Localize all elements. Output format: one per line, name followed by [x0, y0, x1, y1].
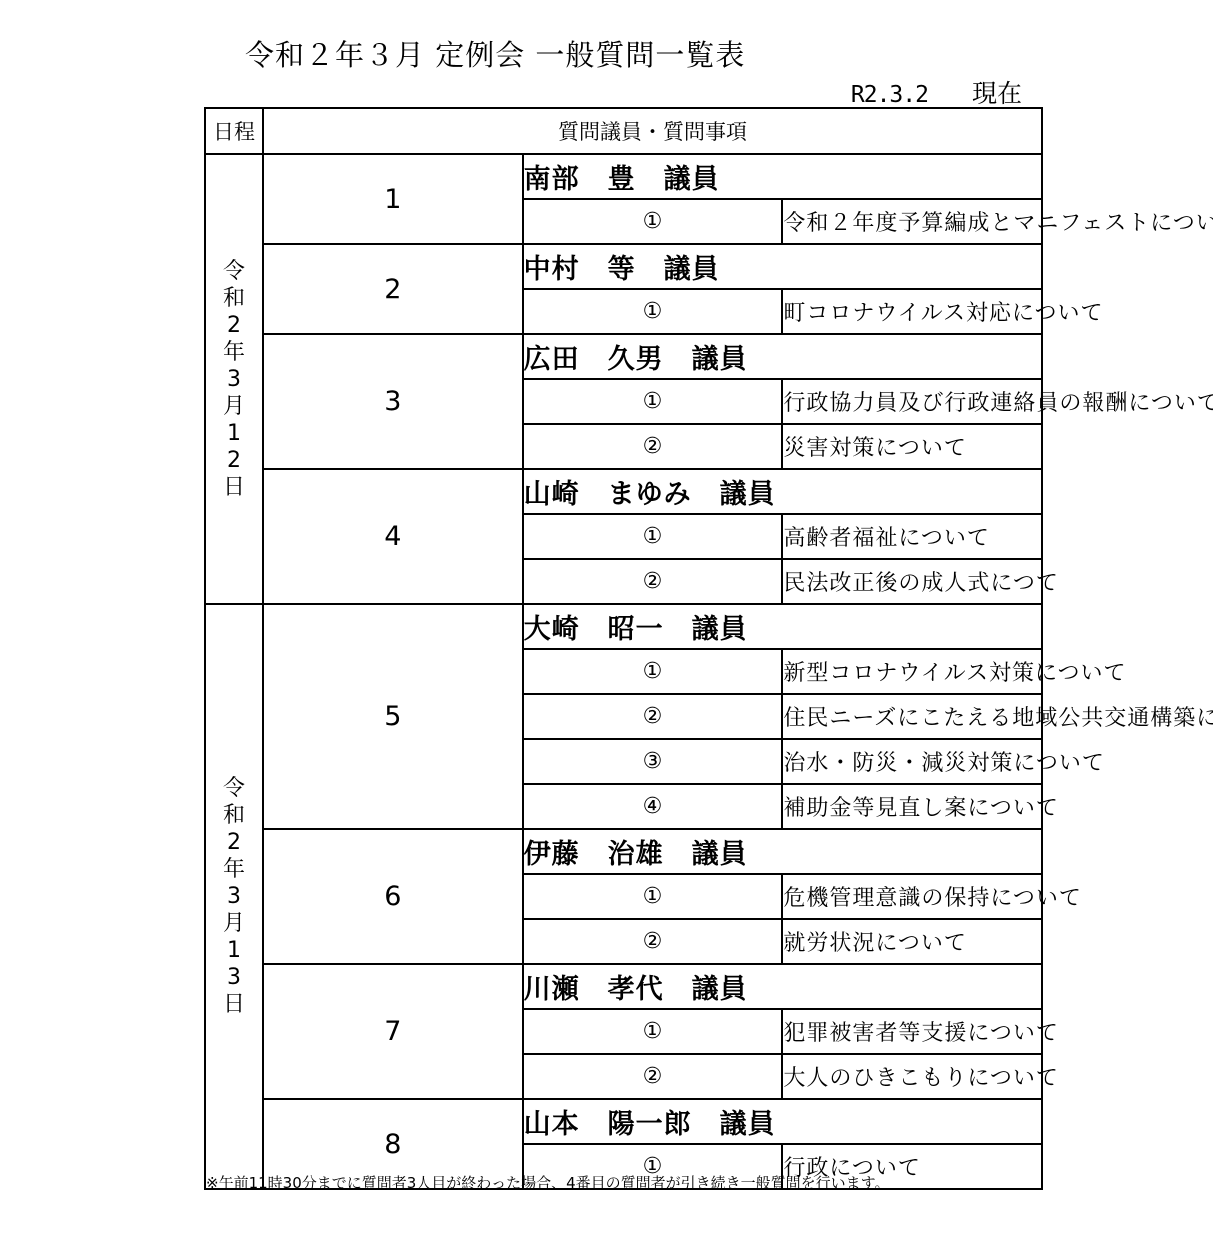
item-mark: ②	[523, 559, 783, 604]
speaker-number: 5	[263, 604, 523, 829]
speaker-row: 4 山崎 まゆみ 議員	[205, 469, 1042, 514]
item-text: 補助金等見直し案について	[782, 784, 1042, 829]
speaker-number: 1	[263, 154, 523, 244]
question-schedule-table: 日程 質問議員・質問事項 令和2年3月12日 1 南部 豊 議員 ① 令和２年度…	[204, 107, 1043, 1190]
speaker-number: 6	[263, 829, 523, 964]
item-text: 大人のひきこもりについて	[782, 1054, 1042, 1099]
item-text: 犯罪被害者等支援について	[782, 1009, 1042, 1054]
as-of-date-value: R2.3.2	[851, 82, 928, 108]
speaker-name: 川瀬 孝代 議員	[523, 964, 1042, 1009]
speaker-row: 令和2年3月12日 1 南部 豊 議員	[205, 154, 1042, 199]
speaker-name: 中村 等 議員	[523, 244, 1042, 289]
as-of-date: R2.3.2現在	[851, 74, 1022, 110]
item-text: 行政協力員及び行政連絡員の報酬について	[782, 379, 1042, 424]
header-date: 日程	[205, 108, 263, 154]
as-of-label: 現在	[972, 79, 1022, 108]
speaker-name: 南部 豊 議員	[523, 154, 1042, 199]
speaker-name: 大崎 昭一 議員	[523, 604, 1042, 649]
item-text: 住民ニーズにこたえる地域公共交通構築について	[782, 694, 1042, 739]
speaker-row: 令和2年3月13日 5 大崎 昭一 議員	[205, 604, 1042, 649]
item-text: 新型コロナウイルス対策について	[782, 649, 1042, 694]
session-date-day1: 令和2年3月12日	[205, 154, 263, 604]
item-mark: ①	[523, 649, 783, 694]
item-mark: ②	[523, 1054, 783, 1099]
speaker-name: 山本 陽一郎 議員	[523, 1099, 1042, 1144]
item-mark: ①	[523, 379, 783, 424]
item-text: 令和２年度予算編成とマニフェストについて	[782, 199, 1042, 244]
speaker-row: 8 山本 陽一郎 議員	[205, 1099, 1042, 1144]
speaker-number: 7	[263, 964, 523, 1099]
item-mark: ②	[523, 919, 783, 964]
item-text: 災害対策について	[782, 424, 1042, 469]
item-text: 高齢者福祉について	[782, 514, 1042, 559]
header-speakers-topics: 質問議員・質問事項	[263, 108, 1042, 154]
item-mark: ②	[523, 694, 783, 739]
item-mark: ③	[523, 739, 783, 784]
speaker-number: 2	[263, 244, 523, 334]
item-mark: ②	[523, 424, 783, 469]
speaker-row: 2 中村 等 議員	[205, 244, 1042, 289]
item-mark: ①	[523, 199, 783, 244]
item-text: 就労状況について	[782, 919, 1042, 964]
session-date-day2: 令和2年3月13日	[205, 604, 263, 1189]
item-text: 町コロナウイルス対応について	[782, 289, 1042, 334]
item-text: 危機管理意識の保持について	[782, 874, 1042, 919]
speaker-name: 広田 久男 議員	[523, 334, 1042, 379]
speaker-name: 伊藤 治雄 議員	[523, 829, 1042, 874]
speaker-row: 6 伊藤 治雄 議員	[205, 829, 1042, 874]
speaker-number: 3	[263, 334, 523, 469]
item-text: 民法改正後の成人式につて	[782, 559, 1042, 604]
footnote: ※午前11時30分までに質問者3人目が終わった場合、4番目の質問者が引き続き一般…	[206, 1172, 889, 1193]
speaker-row: 3 広田 久男 議員	[205, 334, 1042, 379]
item-mark: ①	[523, 1009, 783, 1054]
table-header-row: 日程 質問議員・質問事項	[205, 108, 1042, 154]
item-mark: ④	[523, 784, 783, 829]
document-title: 令和２年３月 定例会 一般質問一覧表	[245, 33, 745, 74]
item-mark: ①	[523, 514, 783, 559]
speaker-name: 山崎 まゆみ 議員	[523, 469, 1042, 514]
item-mark: ①	[523, 289, 783, 334]
item-text: 治水・防災・減災対策について	[782, 739, 1042, 784]
speaker-number: 4	[263, 469, 523, 604]
speaker-row: 7 川瀬 孝代 議員	[205, 964, 1042, 1009]
item-mark: ①	[523, 874, 783, 919]
